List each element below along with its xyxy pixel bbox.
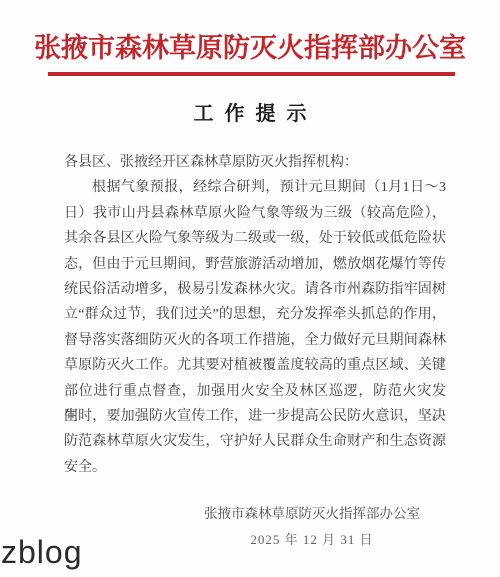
red-header-divider xyxy=(48,72,455,76)
signature-block: 张掖市森林草原防灭火指挥部办公室 2025 年 12 月 31 日 xyxy=(200,501,424,553)
issuing-org-header: 张掖市森林草原防灭火指挥部办公室 xyxy=(0,26,500,65)
body-line: 防范森林草原火灾发生，守护好人民群众生命财产和生态资源 xyxy=(64,429,446,454)
body-line: 草原防灭火工作。尤其要对植被覆盖度较高的重点区域、关键 xyxy=(64,353,446,378)
watermark: zblog xyxy=(1,534,83,571)
body-line: 部位进行重点督查，加强用火安全及林区巡逻，防范火灾发生。 xyxy=(64,379,446,404)
document-body: 各县区、张掖经开区森林草原防灭火指挥机构： 根据气象预报，经综合研判，预计元旦期… xyxy=(64,150,446,480)
body-line: 根据气象预报，经综合研判，预计元旦期间（1月1日～3 xyxy=(64,175,446,200)
body-line: 同时，要加强防火宣传工作，进一步提高公民防火意识，坚决 xyxy=(64,404,446,429)
body-line: 态，但由于元旦期间，野营旅游活动增加，燃放烟花爆竹等传 xyxy=(64,252,446,277)
body-line: 日）我市山丹县森林草原火险气象等级为三级（较高危险）， xyxy=(64,201,446,226)
document-page: 张掖市森林草原防灭火指挥部办公室 工作提示 各县区、张掖经开区森林草原防灭火指挥… xyxy=(0,0,500,577)
signature-org: 张掖市森林草原防灭火指挥部办公室 xyxy=(200,501,424,527)
document-title: 工作提示 xyxy=(0,97,500,126)
body-line: 统民俗活动增多，极易引发森林火灾。请各市州森防指牢固树 xyxy=(64,277,446,302)
salutation-line: 各县区、张掖经开区森林草原防灭火指挥机构： xyxy=(64,150,446,175)
body-line: 督导落实落细防灭火的各项工作措施，全力做好元旦期间森林 xyxy=(64,328,446,353)
body-line: 立“群众过节，我们过关”的思想，充分发挥牵头抓总的作用， xyxy=(64,302,446,327)
body-line: 安全。 xyxy=(64,455,446,480)
signature-date: 2025 年 12 月 31 日 xyxy=(200,527,424,553)
body-line: 其余各县区火险气象等级为二级或一级，处于较低或低危险状 xyxy=(64,226,446,251)
